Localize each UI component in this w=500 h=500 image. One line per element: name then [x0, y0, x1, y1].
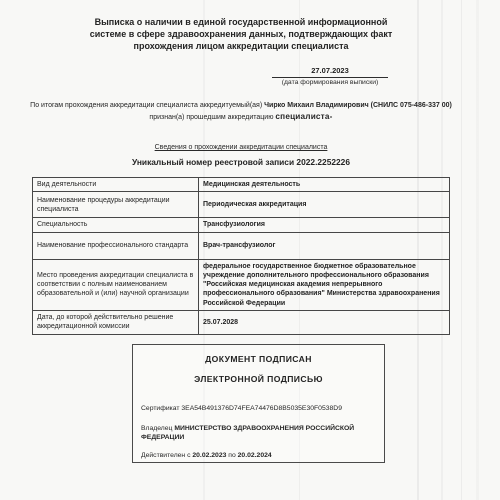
row-label-activity-type: Вид деятельности — [33, 178, 199, 192]
row-value-valid-until-date: 25.07.2028 — [199, 311, 450, 335]
row-value-activity-type: Медицинская деятельность — [199, 178, 450, 192]
signature-stamp-title-line-2: ЭЛЕКТРОННОЙ ПОДПИСЬЮ — [133, 374, 384, 384]
row-label-procedure-name: Наименование процедуры аккредитации спец… — [33, 192, 199, 218]
table-row: Специальность Трансфузиология — [33, 218, 450, 232]
validity-to-date: 20.02.2024 — [238, 452, 272, 459]
document-title-line-1: Выписка о наличии в единой государственн… — [0, 16, 482, 28]
certificate-label: Сертификат — [141, 405, 181, 412]
validity-mid: по — [226, 452, 237, 459]
accreditation-table: Вид деятельности Медицинская деятельност… — [32, 177, 450, 335]
certificate-line: Сертификат 3EA54B491376D74FEA74476D8B503… — [141, 404, 377, 413]
validity-from-date: 20.02.2023 — [192, 452, 226, 459]
row-label-professional-standard: Наименование профессионального стандарта — [33, 232, 199, 259]
row-value-specialty: Трансфузиология — [199, 218, 450, 232]
intro-emphasis: специалиста- — [275, 112, 332, 121]
signature-stamp-title-line-1: ДОКУМЕНТ ПОДПИСАН — [133, 354, 384, 364]
electronic-signature-stamp: ДОКУМЕНТ ПОДПИСАН ЭЛЕКТРОННОЙ ПОДПИСЬЮ С… — [132, 344, 385, 463]
owner-line: Владелец МИНИСТЕРСТВО ЗДРАВООХРАНЕНИЯ РО… — [141, 424, 377, 442]
row-value-professional-standard: Врач-трансфузиолог — [199, 232, 450, 259]
specialist-name-snils: Чирко Михаил Владимирович (СНИЛС 075-486… — [264, 102, 452, 109]
validity-prefix: Действителен с — [141, 452, 192, 459]
table-row: Наименование процедуры аккредитации спец… — [33, 192, 450, 218]
extract-date-caption: (дата формирования выписки) — [272, 78, 388, 86]
extract-date-block: 27.07.2023 (дата формирования выписки) — [272, 66, 388, 86]
intro-middle: признан(а) прошедшим аккредитацию — [149, 114, 275, 121]
table-row: Вид деятельности Медицинская деятельност… — [33, 178, 450, 192]
intro-prefix: По итогам прохождения аккредитации специ… — [30, 102, 264, 109]
row-value-procedure-name: Периодическая аккредитация — [199, 192, 450, 218]
intro-paragraph: По итогам прохождения аккредитации специ… — [28, 101, 454, 123]
certificate-number: 3EA54B491376D74FEA74476D8B5035E30F0538D9 — [181, 405, 342, 412]
table-row: Дата, до которой действительно решение а… — [33, 311, 450, 335]
row-value-accreditation-place: федеральное государственное бюджетное об… — [199, 259, 450, 310]
row-label-accreditation-place: Место проведения аккредитации специалист… — [33, 259, 199, 310]
document-title-line-2: системе в сфере здравоохранения данных, … — [0, 28, 482, 40]
section-heading: Сведения о прохождении аккредитации спец… — [0, 144, 482, 151]
document-title-line-3: прохождения лицом аккредитации специалис… — [0, 40, 482, 52]
owner-label: Владелец — [141, 425, 174, 432]
registry-number-line: Уникальный номер реестровой записи 2022.… — [0, 157, 482, 167]
row-label-specialty: Специальность — [33, 218, 199, 232]
table-row: Место проведения аккредитации специалист… — [33, 259, 450, 310]
row-label-valid-until-date: Дата, до которой действительно решение а… — [33, 311, 199, 335]
document-title: Выписка о наличии в единой государственн… — [0, 16, 482, 52]
table-row: Наименование профессионального стандарта… — [33, 232, 450, 259]
extract-date: 27.07.2023 — [272, 66, 388, 78]
validity-line: Действителен с 20.02.2023 по 20.02.2024 — [141, 451, 377, 460]
